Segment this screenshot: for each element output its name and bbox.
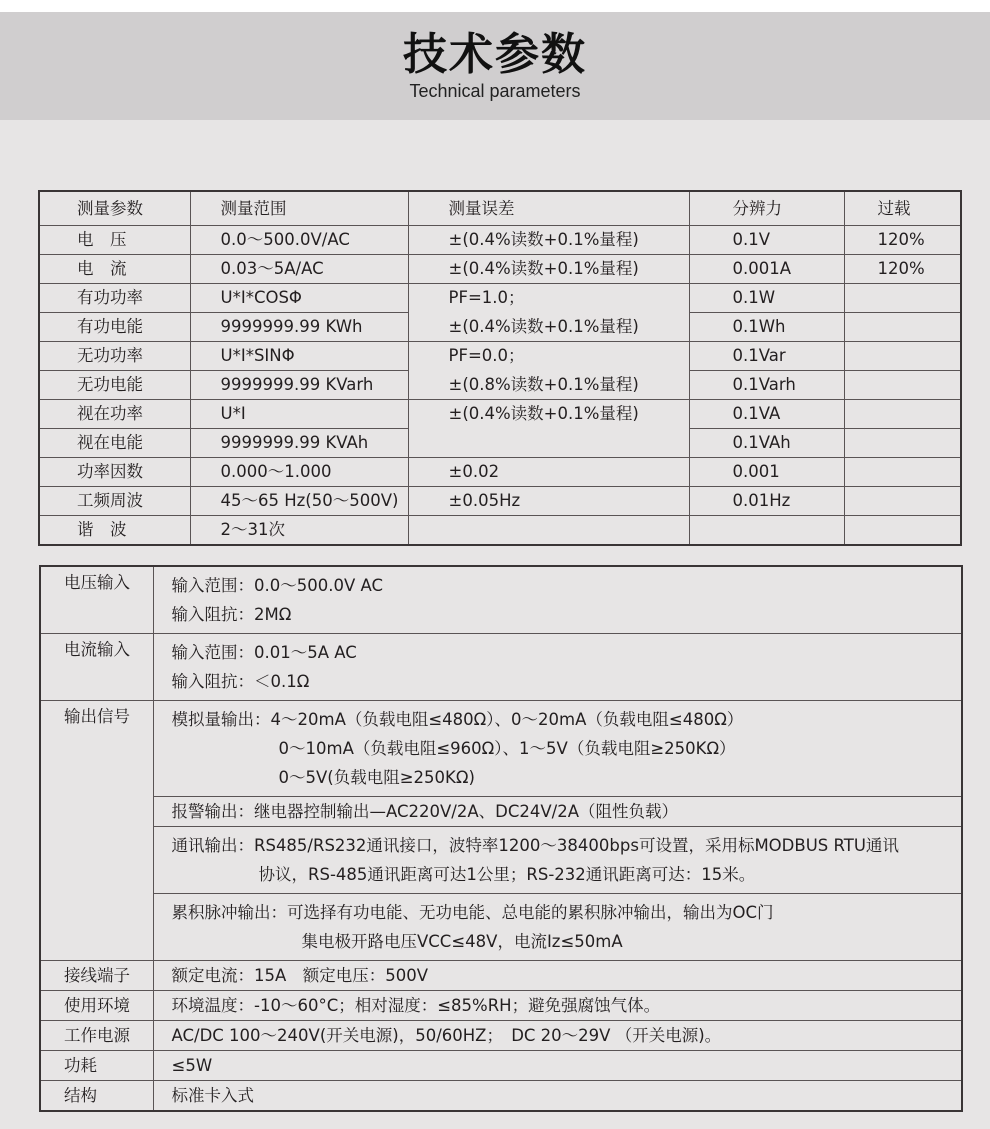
spec-label: 电流输入: [40, 634, 153, 701]
param-cell: 功率因数: [39, 458, 190, 487]
error-line: ±(0.4%读数+0.1%量程): [449, 317, 689, 337]
range-cell: 45～65 Hz(50～500V): [190, 487, 408, 516]
spec-line: 输入阻抗：＜0.1Ω: [172, 667, 962, 696]
spec-value: 输入范围：0.0～500.0V AC 输入阻抗：2MΩ: [153, 566, 962, 634]
resolution-cell: 0.001: [689, 458, 844, 487]
spec-label: 接线端子: [40, 961, 153, 991]
spec-value: 标准卡入式: [153, 1081, 962, 1112]
overload-cell: [844, 284, 961, 313]
spec-line: 协议，RS-485通讯距离可达1公里；RS-232通讯距离可达：15米。: [172, 860, 962, 889]
spec-value: 模拟量输出：4～20mA（负载电阻≤480Ω）、0～20mA（负载电阻≤480Ω…: [153, 701, 962, 797]
spec-row-current-input: 电流输入 输入范围：0.01～5A AC 输入阻抗：＜0.1Ω: [40, 634, 962, 701]
range-cell: U*I*COSΦ: [190, 284, 408, 313]
range-cell: U*I*SINΦ: [190, 342, 408, 371]
resolution-cell: 0.1Var: [689, 342, 844, 371]
header-cell: 过载: [844, 191, 961, 226]
overload-cell: 120%: [844, 226, 961, 255]
page-title: 技术参数: [0, 30, 990, 80]
error-line: ±(0.4%读数+0.1%量程): [449, 404, 689, 424]
spec-label: 工作电源: [40, 1021, 153, 1051]
spec-line: 0～5V(负载电阻≥250KΩ): [172, 763, 962, 792]
header-cell: 测量参数: [39, 191, 190, 226]
range-cell: 9999999.99 KWh: [190, 313, 408, 342]
resolution-cell: 0.001A: [689, 255, 844, 284]
spec-label: 输出信号: [40, 701, 153, 961]
overload-cell: [844, 458, 961, 487]
table-row: 有功功率 U*I*COSΦ PF=1.0； ±(0.4%读数+0.1%量程) 0…: [39, 284, 961, 313]
param-cell: 谐 波: [39, 516, 190, 546]
table-header-row: 测量参数 测量范围 测量误差 分辨力 过载: [39, 191, 961, 226]
range-cell: 9999999.99 KVAh: [190, 429, 408, 458]
overload-cell: [844, 516, 961, 546]
param-cell: 电 流: [39, 255, 190, 284]
spec-value: 累积脉冲输出：可选择有功电能、无功电能、总电能的累积脉冲输出，输出为OC门 集电…: [153, 894, 962, 961]
error-cell: ±0.02: [408, 458, 689, 487]
table-row: 谐 波 2～31次: [39, 516, 961, 546]
error-cell: PF=0.0； ±(0.8%读数+0.1%量程): [408, 342, 689, 400]
resolution-cell: 0.1V: [689, 226, 844, 255]
overload-cell: [844, 400, 961, 429]
spec-row-power-supply: 工作电源 AC/DC 100～240V(开关电源)，50/60HZ； DC 20…: [40, 1021, 962, 1051]
header-cell: 分辨力: [689, 191, 844, 226]
error-line: PF=1.0；: [449, 288, 689, 317]
spec-line: 累积脉冲输出：可选择有功电能、无功电能、总电能的累积脉冲输出，输出为OC门: [172, 898, 962, 927]
spec-line: 输入范围：0.0～500.0V AC: [172, 571, 962, 600]
table-row: 电 压 0.0～500.0V/AC ±(0.4%读数+0.1%量程) 0.1V …: [39, 226, 961, 255]
spec-line: 通讯输出：RS485/RS232通讯接口，波特率1200～38400bps可设置…: [172, 831, 962, 860]
param-cell: 无功功率: [39, 342, 190, 371]
spec-row-power-consumption: 功耗 ≤5W: [40, 1051, 962, 1081]
measurement-table: 测量参数 测量范围 测量误差 分辨力 过载 电 压 0.0～500.0V/AC …: [38, 190, 962, 546]
spec-row-environment: 使用环境 环境温度：-10～60°C；相对湿度：≤85%RH；避免强腐蚀气体。: [40, 991, 962, 1021]
resolution-cell: 0.1VAh: [689, 429, 844, 458]
range-cell: 2～31次: [190, 516, 408, 546]
resolution-cell: 0.1W: [689, 284, 844, 313]
param-cell: 有功电能: [39, 313, 190, 342]
resolution-cell: 0.1Varh: [689, 371, 844, 400]
spec-row-output-pulse: 累积脉冲输出：可选择有功电能、无功电能、总电能的累积脉冲输出，输出为OC门 集电…: [40, 894, 962, 961]
header-cell: 测量范围: [190, 191, 408, 226]
range-cell: 0.000～1.000: [190, 458, 408, 487]
spec-value: 额定电流：15A 额定电压：500V: [153, 961, 962, 991]
param-cell: 电 压: [39, 226, 190, 255]
table-row: 工频周波 45～65 Hz(50～500V) ±0.05Hz 0.01Hz: [39, 487, 961, 516]
spec-value: ≤5W: [153, 1051, 962, 1081]
spec-value: 输入范围：0.01～5A AC 输入阻抗：＜0.1Ω: [153, 634, 962, 701]
param-cell: 无功电能: [39, 371, 190, 400]
error-cell: [408, 516, 689, 546]
resolution-cell: 0.1Wh: [689, 313, 844, 342]
overload-cell: [844, 313, 961, 342]
error-cell: ±0.05Hz: [408, 487, 689, 516]
spec-line: 输入阻抗：2MΩ: [172, 600, 962, 629]
range-cell: 0.0～500.0V/AC: [190, 226, 408, 255]
spec-label: 结构: [40, 1081, 153, 1112]
table-row: 无功功率 U*I*SINΦ PF=0.0； ±(0.8%读数+0.1%量程) 0…: [39, 342, 961, 371]
spec-row-terminal: 接线端子 额定电流：15A 额定电压：500V: [40, 961, 962, 991]
overload-cell: [844, 487, 961, 516]
spec-value: AC/DC 100～240V(开关电源)，50/60HZ； DC 20～29V …: [153, 1021, 962, 1051]
page-subtitle: Technical parameters: [0, 80, 990, 102]
error-cell: ±(0.4%读数+0.1%量程): [408, 400, 689, 458]
table-row: 功率因数 0.000～1.000 ±0.02 0.001: [39, 458, 961, 487]
error-cell: ±(0.4%读数+0.1%量程): [408, 255, 689, 284]
header-banner: 技术参数 Technical parameters: [0, 12, 990, 120]
spec-row-output-comm: 通讯输出：RS485/RS232通讯接口，波特率1200～38400bps可设置…: [40, 827, 962, 894]
resolution-cell: [689, 516, 844, 546]
overload-cell: [844, 371, 961, 400]
header-cell: 测量误差: [408, 191, 689, 226]
resolution-cell: 0.1VA: [689, 400, 844, 429]
spec-line: 输入范围：0.01～5A AC: [172, 638, 962, 667]
spec-row-voltage-input: 电压输入 输入范围：0.0～500.0V AC 输入阻抗：2MΩ: [40, 566, 962, 634]
range-cell: 9999999.99 KVarh: [190, 371, 408, 400]
overload-cell: 120%: [844, 255, 961, 284]
param-cell: 视在电能: [39, 429, 190, 458]
spec-value: 报警输出：继电器控制输出—AC220V/2A、DC24V/2A（阻性负载）: [153, 797, 962, 827]
spec-label: 电压输入: [40, 566, 153, 634]
error-cell: ±(0.4%读数+0.1%量程): [408, 226, 689, 255]
error-line: PF=0.0；: [449, 346, 689, 375]
error-cell: PF=1.0； ±(0.4%读数+0.1%量程): [408, 284, 689, 342]
error-line: ±(0.8%读数+0.1%量程): [449, 375, 689, 395]
table-row: 电 流 0.03～5A/AC ±(0.4%读数+0.1%量程) 0.001A 1…: [39, 255, 961, 284]
table-row: 视在功率 U*I ±(0.4%读数+0.1%量程) 0.1VA: [39, 400, 961, 429]
spec-value: 通讯输出：RS485/RS232通讯接口，波特率1200～38400bps可设置…: [153, 827, 962, 894]
spec-table: 电压输入 输入范围：0.0～500.0V AC 输入阻抗：2MΩ 电流输入 输入…: [39, 565, 963, 1112]
top-strip: [0, 0, 990, 12]
spec-line: 模拟量输出：4～20mA（负载电阻≤480Ω）、0～20mA（负载电阻≤480Ω…: [172, 705, 962, 734]
spec-line: 0～10mA（负载电阻≤960Ω）、1～5V（负载电阻≥250KΩ）: [172, 734, 962, 763]
spec-value: 环境温度：-10～60°C；相对湿度：≤85%RH；避免强腐蚀气体。: [153, 991, 962, 1021]
spec-label: 功耗: [40, 1051, 153, 1081]
range-cell: U*I: [190, 400, 408, 429]
spec-row-output-alarm: 报警输出：继电器控制输出—AC220V/2A、DC24V/2A（阻性负载）: [40, 797, 962, 827]
spec-row-structure: 结构 标准卡入式: [40, 1081, 962, 1112]
param-cell: 工频周波: [39, 487, 190, 516]
param-cell: 有功功率: [39, 284, 190, 313]
overload-cell: [844, 342, 961, 371]
resolution-cell: 0.01Hz: [689, 487, 844, 516]
spec-row-output-analog: 输出信号 模拟量输出：4～20mA（负载电阻≤480Ω）、0～20mA（负载电阻…: [40, 701, 962, 797]
range-cell: 0.03～5A/AC: [190, 255, 408, 284]
spec-line: 集电极开路电压VCC≤48V，电流Iz≤50mA: [172, 927, 962, 956]
overload-cell: [844, 429, 961, 458]
spec-label: 使用环境: [40, 991, 153, 1021]
param-cell: 视在功率: [39, 400, 190, 429]
